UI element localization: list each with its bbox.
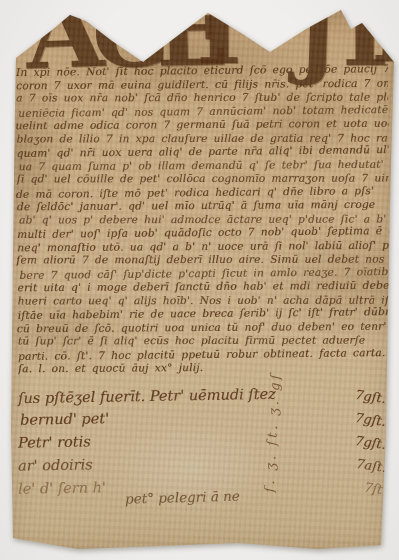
witness-row: Petr' rotis 7gſt. (18, 432, 388, 455)
witness-testis-mark: 7gſt. (354, 431, 388, 457)
parchment-shadow: A G E I J P h In xp̄i nōe. Not' ſit hoc … (0, 0, 399, 560)
witness-testis-mark: 7gſt. (354, 408, 388, 434)
witness-name: le' d' ſern h' (18, 477, 106, 501)
charter-body-text: In xp̄i nōe. Not' ſit hoc placito eticur… (16, 64, 390, 377)
witness-row: bernud' pet' 7gſt. (18, 409, 388, 432)
witness-name: Petr' rotis (18, 431, 91, 454)
witness-name: ſus pſtēʒel fuerīt. Petr' uēmudi ſtez (18, 384, 276, 410)
witness-row: ſus pſtēʒel fuerīt. Petr' uēmudi ſtez 7g… (18, 386, 388, 409)
witness-name: ar' odoiris (18, 454, 93, 477)
witness-name: bernud' pet' (20, 408, 109, 432)
witness-testis-mark: 7gſt. (354, 385, 388, 411)
body-line: uelint adme odica coron 7 germanū ſuā pe… (15, 118, 388, 134)
photo-backdrop: A G E I J P h In xp̄i nōe. Not' ſit hoc … (0, 0, 399, 560)
parchment: A G E I J P h In xp̄i nōe. Not' ſit hoc … (0, 0, 399, 560)
